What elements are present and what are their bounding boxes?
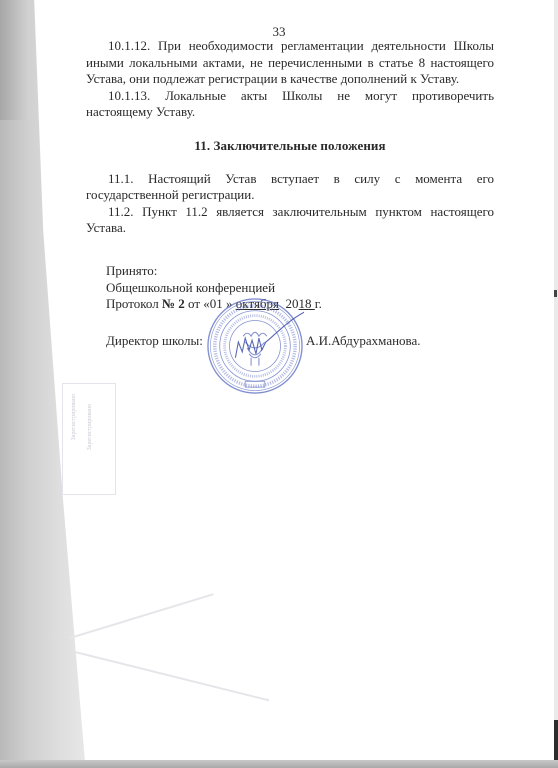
approval-body: Общешкольной конференцией: [106, 280, 494, 297]
protocol-number: № 2: [162, 296, 185, 311]
scan-bottom-strip: [0, 760, 558, 768]
faint-stamp-text: Зарегистрировано: [87, 404, 93, 450]
faint-stamp-text: Зарегистрировано: [71, 394, 77, 440]
protocol-year-unit: г.: [315, 296, 322, 311]
director-name: А.И.Абдурахманова.: [306, 333, 421, 349]
paper-fold-line: [75, 651, 270, 701]
paragraph-11-1: 11.1. Настоящий Устав вступает в силу с …: [86, 171, 494, 204]
approval-accepted-label: Принято:: [106, 263, 494, 280]
official-seal-icon: [206, 297, 304, 395]
faint-margin-stamp: Зарегистрировано Зарегистрировано: [62, 383, 116, 495]
paragraph-10-1-12: 10.1.12. При необходимости регламентации…: [86, 38, 494, 88]
scan-right-mark: [554, 290, 557, 297]
director-role: Директор школы:: [106, 333, 203, 348]
paragraph-10-1-13: 10.1.13. Локальные акты Школы не могут п…: [86, 88, 494, 121]
paragraph-11-2: 11.2. Пункт 11.2 является заключительным…: [86, 204, 494, 237]
paper-fold-line: [70, 593, 214, 639]
document-body: 10.1.12. При необходимости регламентации…: [86, 38, 494, 313]
protocol-prefix: Протокол: [106, 296, 159, 311]
scan-right-edge: [554, 0, 558, 768]
scan-left-shadow-top: [0, 0, 30, 120]
section-title: 11. Заключительные положения: [86, 138, 494, 155]
